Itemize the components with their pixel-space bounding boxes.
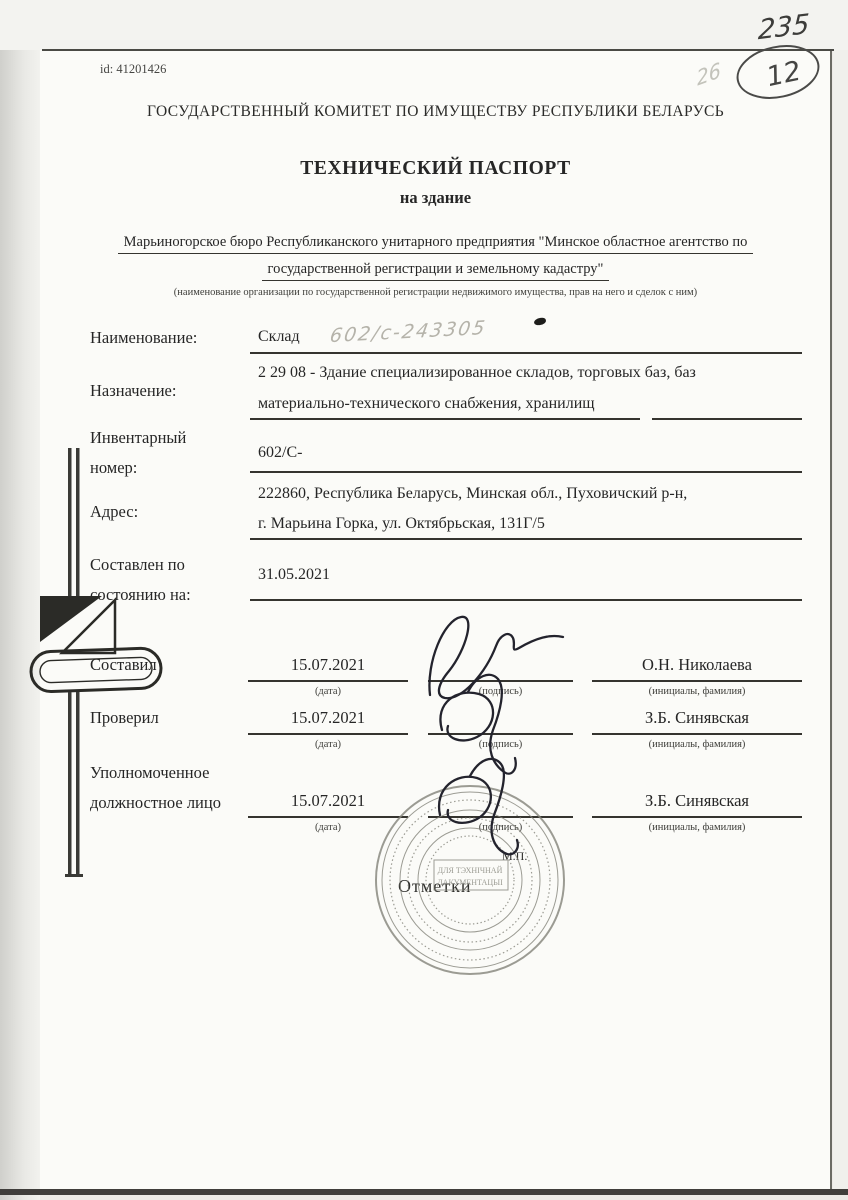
field-name-underline <box>250 352 802 354</box>
field-name-value: Склад <box>258 328 300 346</box>
field-address-value-line2: г. Марьина Горка, ул. Октябрьская, 131Г/… <box>258 515 545 533</box>
scanned-document: 235 12 26 id: 41201426 ГОСУДАРСТВЕННЫЙ К… <box>0 0 848 1200</box>
organization-caption: (наименование организации по государстве… <box>40 287 831 298</box>
field-purpose-value-line1: 2 29 08 - Здание специализированное скла… <box>258 364 696 382</box>
handwritten-signatures <box>400 600 630 890</box>
field-compiled-value: 31.05.2021 <box>258 566 330 584</box>
document-subtitle: на здание <box>40 188 831 208</box>
page-right-border <box>830 51 832 1191</box>
sig-row2-date: 15.07.2021 <box>248 708 408 728</box>
field-purpose-label: Назначение: <box>90 381 176 401</box>
sig-row2-date-underline <box>248 733 408 735</box>
scan-id-label: id: 41201426 <box>100 62 166 77</box>
sig-row2-date-caption: (дата) <box>248 739 408 750</box>
field-purpose-value-line2: материально-технического снабжения, хран… <box>258 395 595 413</box>
field-purpose-underline <box>250 418 640 420</box>
signature-checker <box>440 675 515 774</box>
sig-row1-date-caption: (дата) <box>248 686 408 697</box>
organization-line2: государственной регистрации и земельному… <box>40 261 831 281</box>
signature-compiler <box>429 617 563 698</box>
field-purpose-underline-2 <box>652 418 802 420</box>
binder-clip-artifact <box>25 440 175 890</box>
sig-row1-date-underline <box>248 680 408 682</box>
fastener-clip-loop <box>30 648 161 693</box>
field-name-label: Наименование: <box>90 328 197 348</box>
document-title: ТЕХНИЧЕСКИЙ ПАСПОРТ <box>40 158 831 180</box>
field-address-underline <box>250 538 802 540</box>
page-bottom-border <box>0 1189 848 1195</box>
scan-edge-right <box>833 50 848 1192</box>
organization-line1: Марьиногорское бюро Республиканского уни… <box>40 234 831 254</box>
field-inventory-underline <box>250 471 802 473</box>
committee-header: ГОСУДАРСТВЕННЫЙ КОМИТЕТ ПО ИМУЩЕСТВУ РЕС… <box>40 103 831 121</box>
sig-row1-date: 15.07.2021 <box>248 655 408 675</box>
circled-number-text: 12 <box>764 56 804 93</box>
field-address-value-line1: 222860, Республика Беларусь, Минская обл… <box>258 485 687 503</box>
circled-number-annotation: 12 <box>702 38 837 110</box>
field-inventory-value: 602/С- <box>258 444 302 462</box>
